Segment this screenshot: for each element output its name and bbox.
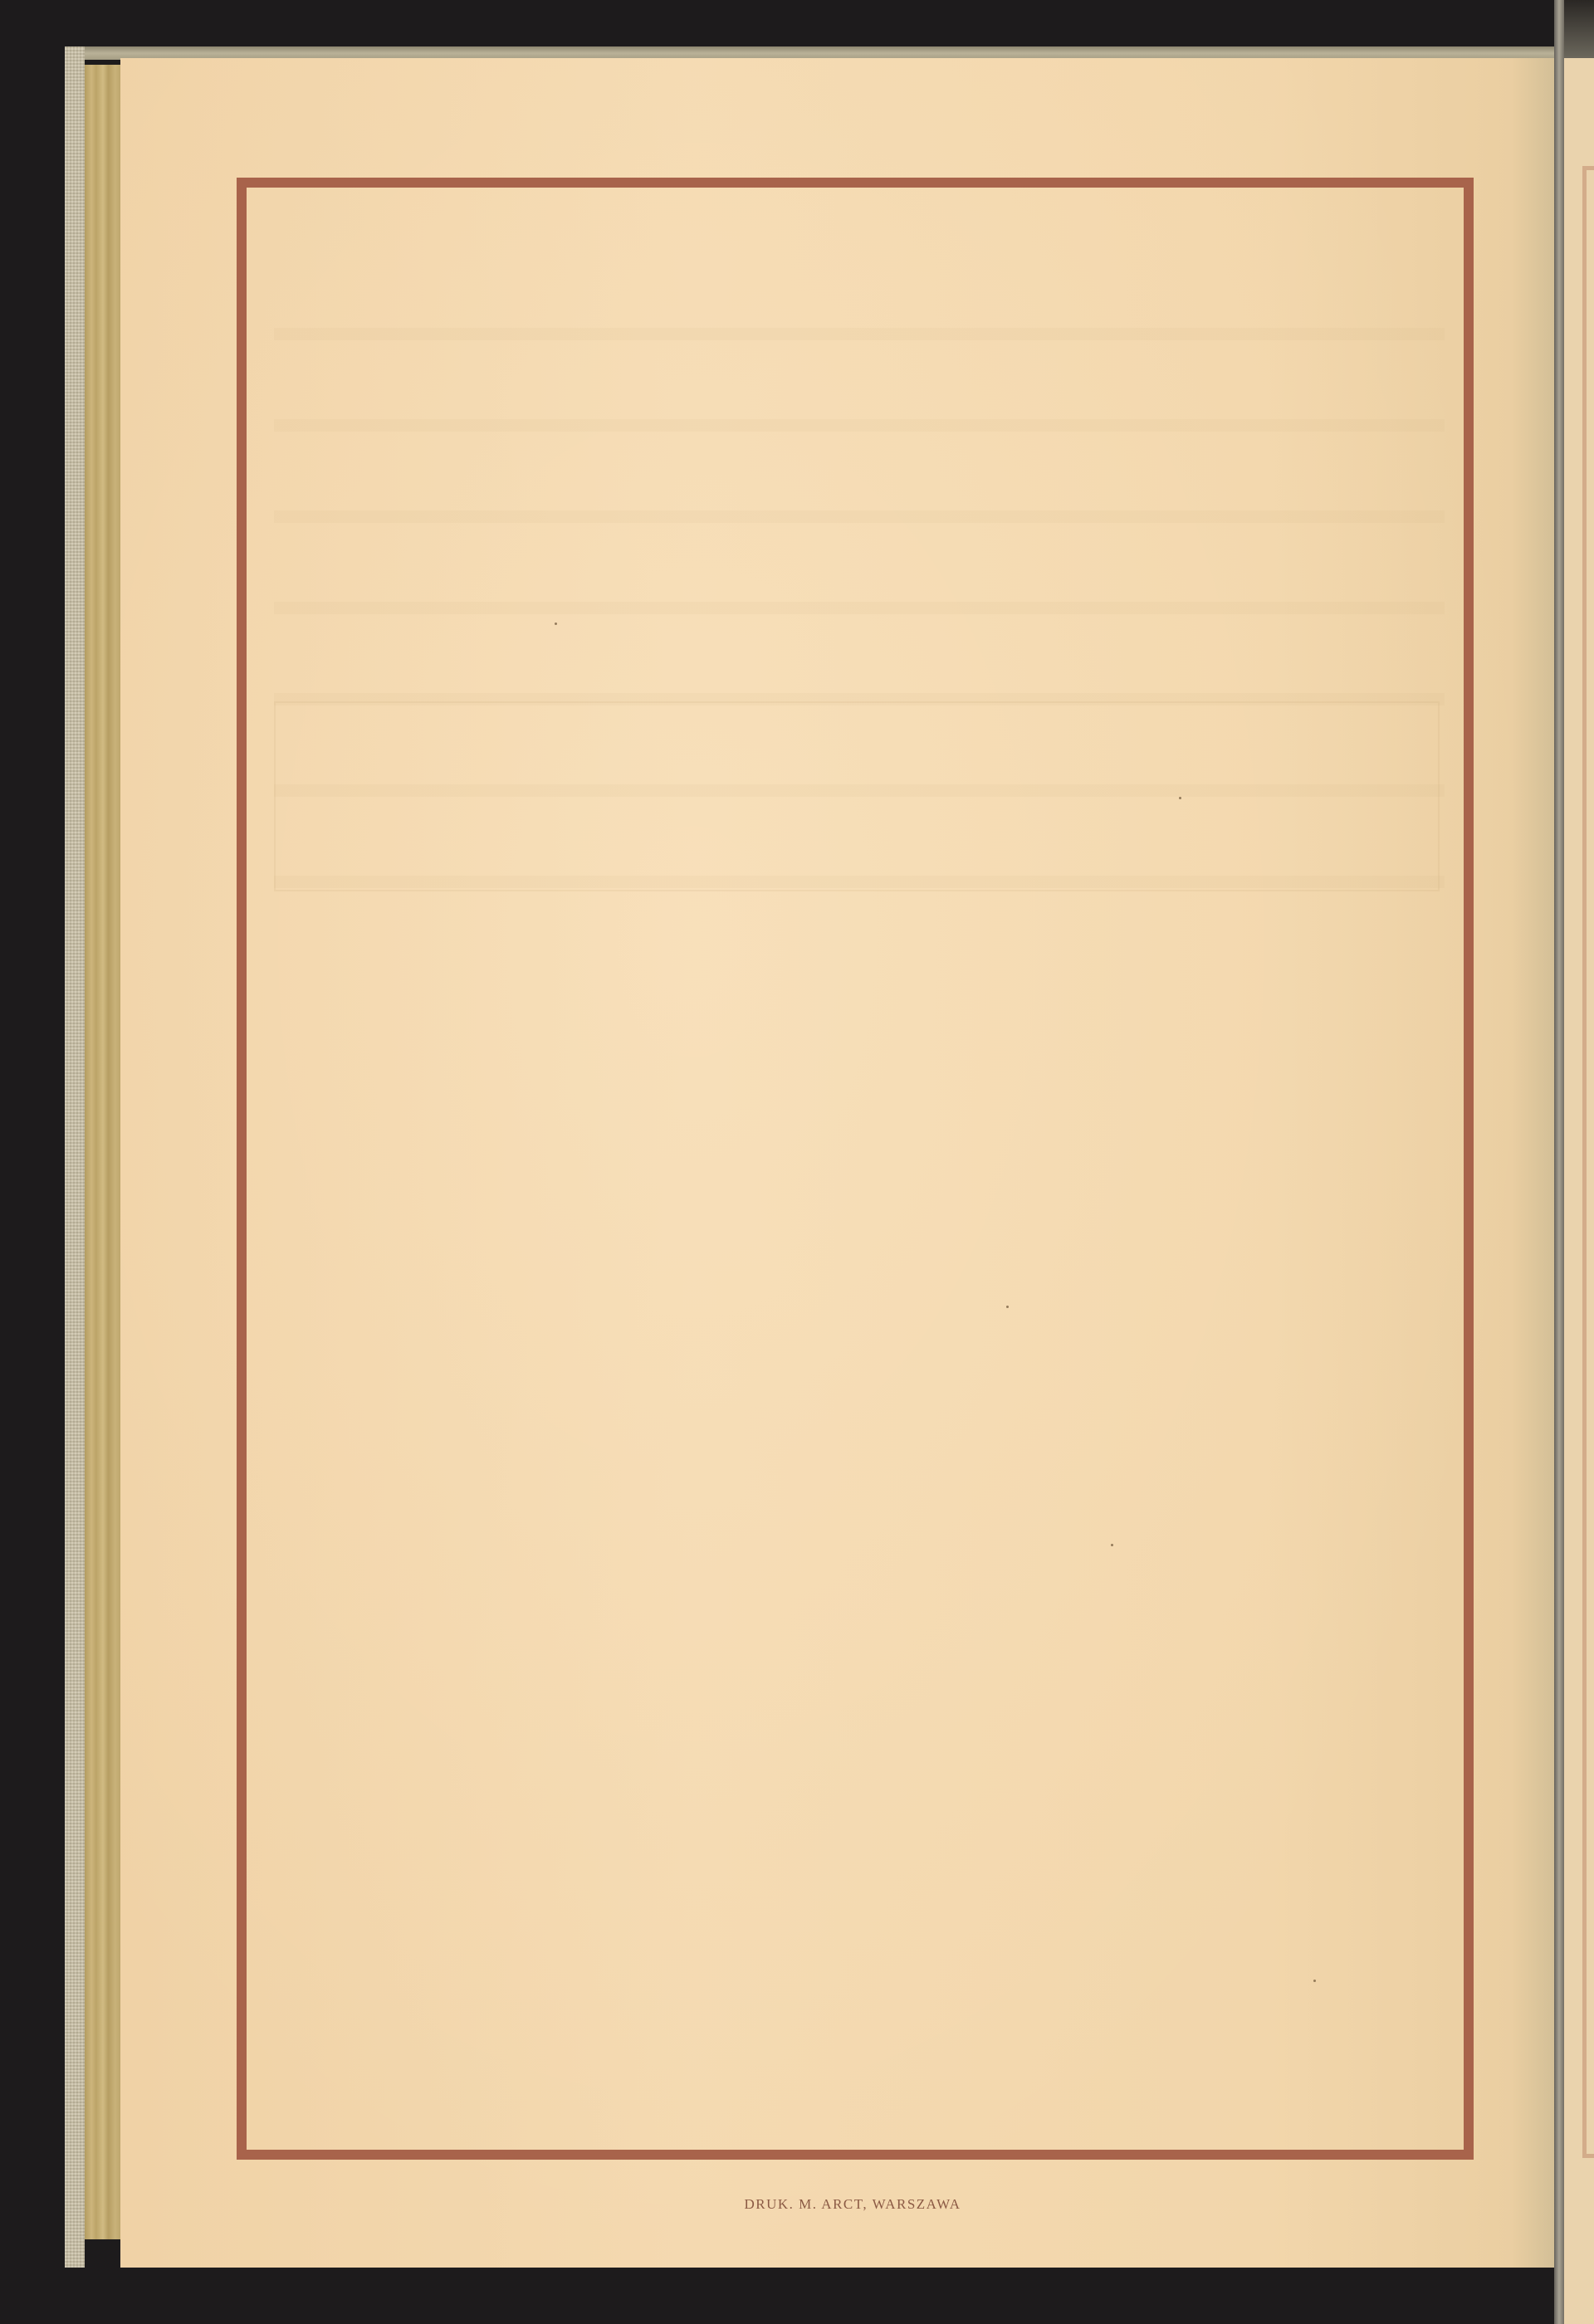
decorative-page-frame — [237, 178, 1474, 2160]
cloth-binding-spine — [65, 46, 85, 2268]
paper-speck — [1179, 797, 1181, 799]
adjacent-page-frame — [1582, 166, 1594, 2158]
paper-speck — [1313, 1980, 1316, 1982]
paper-speck — [1111, 1544, 1113, 1546]
glass-plate-shadow — [1511, 58, 1554, 2268]
page-edge-stack — [85, 65, 123, 2239]
scan-background: DRUK. M. ARCT, WARSZAWA — [0, 0, 1594, 2324]
paper-speck — [555, 622, 557, 625]
glass-plate-edge — [1554, 0, 1564, 2324]
printer-imprint: DRUK. M. ARCT, WARSZAWA — [0, 2196, 1594, 2213]
paper-speck — [1006, 1306, 1009, 1308]
adjacent-page-top-shadow — [1564, 0, 1594, 58]
